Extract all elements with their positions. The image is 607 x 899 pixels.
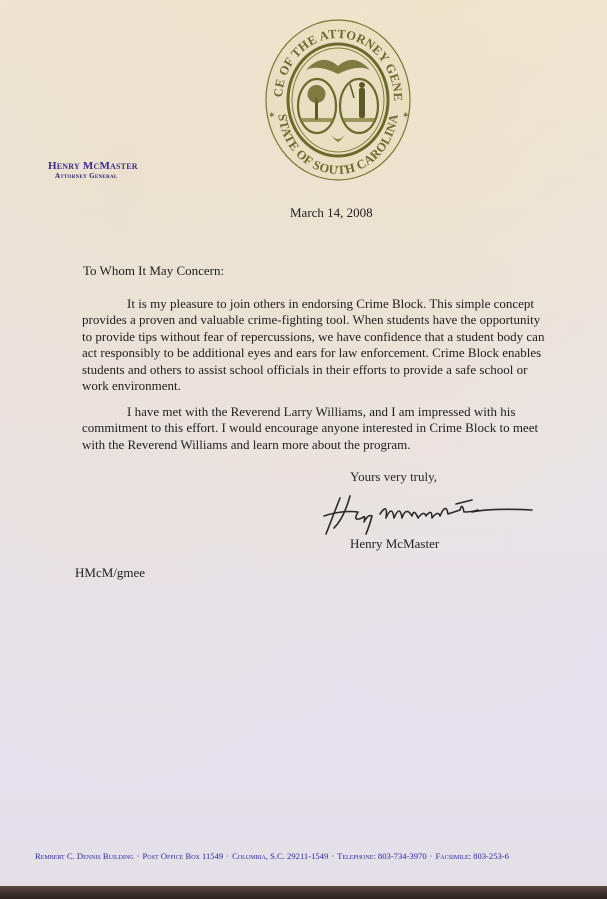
- footer-separator: ·: [223, 851, 232, 861]
- paragraph-line: students and others to assist school off…: [82, 362, 607, 378]
- signer-name: Henry McMaster: [350, 536, 439, 552]
- footer-facsimile: Facsimile: 803-253-6: [436, 851, 509, 861]
- salutation: To Whom It May Concern:: [83, 263, 224, 279]
- letterhead-name: Henry McMaster: [48, 160, 138, 172]
- paragraph-line: act responsibly to be additional eyes an…: [82, 345, 607, 361]
- paragraph-line: work environment.: [82, 378, 607, 394]
- attorney-general-seal-icon: OFFICE OF THE ATTORNEY GENERAL STATE OF …: [262, 8, 414, 184]
- letterhead-footer: Rembert C. Dennis Building·Post Office B…: [35, 851, 509, 861]
- closing: Yours very truly,: [350, 469, 437, 485]
- footer-separator: ·: [427, 851, 436, 861]
- paragraph-line: with the Reverend Williams and learn mor…: [82, 437, 607, 453]
- paragraph-2: I have met with the Reverend Larry Willi…: [82, 404, 607, 453]
- svg-text:✶: ✶: [402, 110, 410, 120]
- paragraph-line: to provide tips without fear of repercus…: [82, 329, 607, 345]
- svg-text:✶: ✶: [268, 110, 276, 120]
- paragraph-line: commitment to this effort. I would encou…: [82, 420, 607, 436]
- letterhead: Henry McMaster Attorney General: [48, 160, 138, 180]
- paragraph-line: It is my pleasure to join others in endo…: [82, 296, 607, 312]
- footer-separator: ·: [328, 851, 337, 861]
- paragraph-line: I have met with the Reverend Larry Willi…: [82, 404, 607, 420]
- paragraph-line: provides a proven and valuable crime-fig…: [82, 312, 607, 328]
- signature-icon: [322, 488, 537, 538]
- letter-date: March 14, 2008: [290, 205, 373, 221]
- footer-city: Columbia, S.C. 29211-1549: [232, 851, 328, 861]
- letterhead-title: Attorney General: [48, 172, 138, 180]
- footer-address-building: Rembert C. Dennis Building: [35, 851, 134, 861]
- reference-initials: HMcM/gmee: [75, 565, 145, 581]
- footer-telephone: Telephone: 803-734-3970: [337, 851, 426, 861]
- footer-po-box: Post Office Box 11549: [143, 851, 224, 861]
- footer-separator: ·: [134, 851, 143, 861]
- table-surface: [0, 886, 607, 899]
- paragraph-1: It is my pleasure to join others in endo…: [82, 296, 607, 394]
